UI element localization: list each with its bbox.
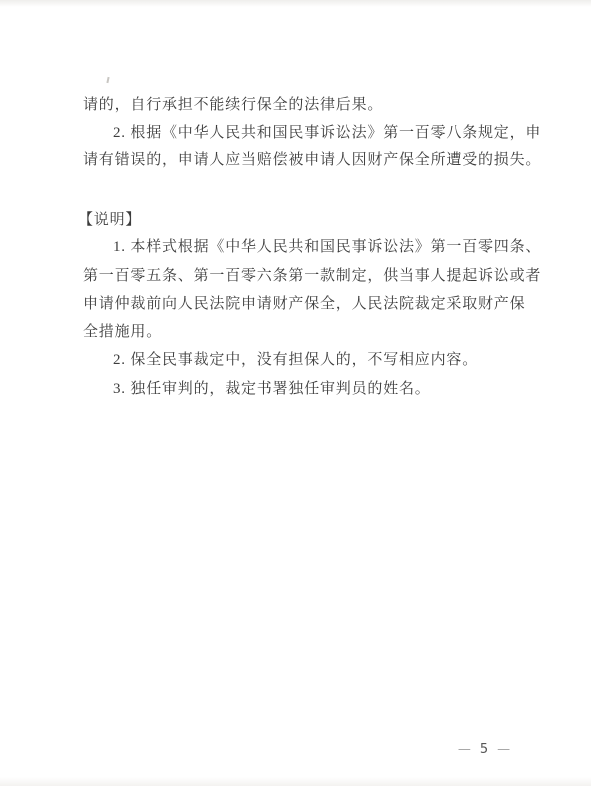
document-page: 请的，自行承担不能续行保全的法律后果。 2. 根据《中华人民共和国民事诉讼法》第… — [0, 0, 591, 786]
page-number-dash-left: — — [458, 742, 471, 757]
body-line-item2-2: 请有错误的，申请人应当赔偿被申请人因财产保全所遭受的损失。 — [83, 150, 543, 170]
page-number: — 5 — — [436, 741, 532, 757]
body-line-continuation: 请的，自行承担不能续行保全的法律后果。 — [83, 95, 543, 115]
note2-line: 2. 保全民事裁定中，没有担保人的，不写相应内容。 — [83, 350, 573, 370]
note1-line-3: 申请仲裁前向人民法院申请财产保全，人民法院裁定采取财产保 — [83, 294, 543, 314]
note3-line: 3. 独任审判的，裁定书署独任审判员的姓名。 — [83, 379, 573, 399]
scan-edge-bottom — [0, 777, 591, 786]
page-number-value: 5 — [480, 742, 488, 757]
notes-heading: 【说明】 — [78, 210, 538, 230]
note1-line-1: 1. 本样式根据《中华人民共和国民事诉讼法》第一百零四条、 — [83, 237, 573, 257]
scan-speck — [106, 77, 109, 83]
body-line-item2-1: 2. 根据《中华人民共和国民事诉讼法》第一百零八条规定，申 — [83, 123, 573, 143]
note1-line-2: 第一百零五条、第一百零六条第一款制定，供当事人提起诉讼或者 — [83, 266, 543, 286]
scan-edge-top — [0, 0, 591, 7]
page-number-dash-right: — — [497, 742, 510, 757]
note1-line-4: 全措施用。 — [83, 322, 543, 342]
